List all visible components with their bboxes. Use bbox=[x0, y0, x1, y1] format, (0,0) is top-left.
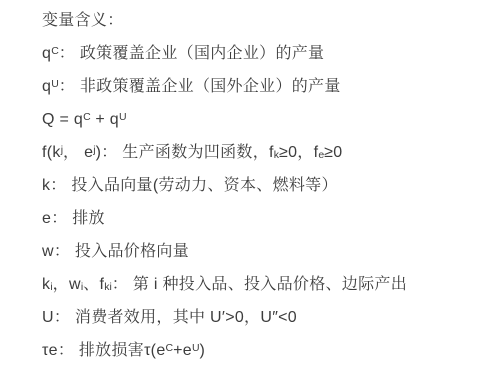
text-segment: Q = q bbox=[42, 111, 83, 128]
definition-line-q-u: qU： 非政策覆盖企业（国外企业）的产量 bbox=[42, 70, 471, 103]
text-segment: e： 排放 bbox=[42, 210, 105, 227]
subscript: k bbox=[274, 149, 279, 161]
text-segment: ≥0 bbox=[324, 144, 342, 161]
text-segment: )： 生产函数为凹函数，f bbox=[96, 144, 274, 161]
text-segment: w： 投入品价格向量 bbox=[42, 243, 189, 260]
definition-line-utility: U： 消费者效用，其中 U′>0，U″<0 bbox=[42, 301, 471, 334]
definition-line-production-function: f(kj， ej)： 生产函数为凹函数，fk≥0，fe≥0 bbox=[42, 136, 471, 169]
text-segment: f(k bbox=[42, 144, 61, 161]
subscript: ki bbox=[104, 281, 112, 293]
text-segment: ≥0，f bbox=[279, 144, 318, 161]
text-segment: + q bbox=[91, 111, 119, 128]
superscript: j bbox=[61, 144, 63, 156]
definition-line-k: k： 投入品向量(劳动力、资本、燃料等） bbox=[42, 169, 471, 202]
definition-line-tau-e: τe： 排放损害τ(eC+eU) bbox=[42, 334, 471, 367]
page-title: 变量含义： bbox=[42, 4, 471, 37]
definition-line-q-total: Q = qC + qU bbox=[42, 103, 471, 136]
text-segment: ， e bbox=[63, 144, 93, 161]
text-segment: +e bbox=[173, 342, 192, 359]
definitions-list: qC： 政策覆盖企业（国内企业）的产量qU： 非政策覆盖企业（国外企业）的产量Q… bbox=[42, 37, 471, 367]
superscript: j bbox=[93, 144, 95, 156]
text-segment: ： 第 i 种投入品、投入品价格、边际产出 bbox=[112, 276, 407, 293]
text-segment: ) bbox=[200, 342, 206, 359]
text-segment: ： 政策覆盖企业（国内企业）的产量 bbox=[59, 45, 325, 62]
superscript: U bbox=[51, 78, 59, 90]
text-segment: 、f bbox=[83, 276, 104, 293]
superscript: U bbox=[119, 111, 127, 123]
definition-line-ki: ki，wi、fki： 第 i 种投入品、投入品价格、边际产出 bbox=[42, 268, 471, 301]
subscript: i bbox=[81, 281, 83, 293]
definition-line-e: e： 排放 bbox=[42, 202, 471, 235]
superscript: C bbox=[83, 111, 91, 123]
text-segment: ，w bbox=[53, 276, 81, 293]
superscript: C bbox=[166, 342, 174, 354]
document: 变量含义： qC： 政策覆盖企业（国内企业）的产量qU： 非政策覆盖企业（国外企… bbox=[0, 0, 479, 367]
subscript: e bbox=[318, 149, 324, 161]
text-segment: τe： 排放损害τ(e bbox=[42, 342, 166, 359]
definition-line-w: w： 投入品价格向量 bbox=[42, 235, 471, 268]
text-segment: q bbox=[42, 45, 51, 62]
superscript: C bbox=[51, 45, 59, 57]
text-segment: q bbox=[42, 78, 51, 95]
text-segment: ： 非政策覆盖企业（国外企业）的产量 bbox=[59, 78, 341, 95]
definition-line-q-c: qC： 政策覆盖企业（国内企业）的产量 bbox=[42, 37, 471, 70]
text-segment: U： 消费者效用，其中 U′>0，U″<0 bbox=[42, 309, 297, 326]
subscript: i bbox=[50, 281, 52, 293]
text-segment: k： 投入品向量(劳动力、资本、燃料等） bbox=[42, 177, 338, 194]
superscript: U bbox=[192, 342, 200, 354]
